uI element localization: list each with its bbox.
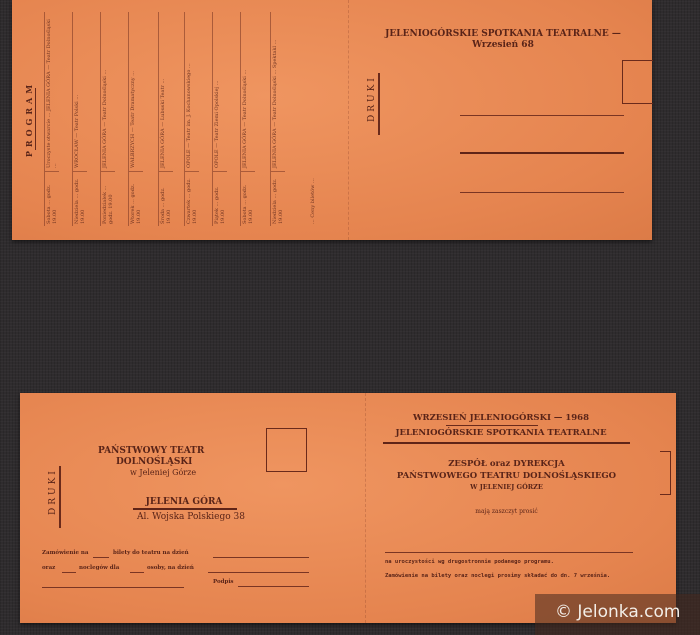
recipient-city: JELENIA GÓRA	[133, 497, 235, 507]
druki-label: DRUKI	[367, 75, 377, 122]
address-line	[460, 152, 624, 154]
watermark: © Jelonka.com	[535, 594, 700, 635]
druki-label: DRUKI	[48, 468, 58, 515]
invitation-from-3: W JELENIEJ GÓRZE	[383, 483, 630, 491]
invitation-text: mają zaszczyt prosić	[383, 508, 630, 515]
tickets-count-field[interactable]	[93, 557, 109, 558]
program-row: Sobota ... godz. 19.00JELENIA GÓRA — Tea…	[240, 12, 255, 226]
program-card: PROGRAM Sobota ... godz. 19.00Uroczyste …	[12, 0, 652, 240]
druki-rule	[378, 73, 380, 135]
program-footnote: ... Ceny biletów ...	[310, 178, 316, 224]
program-row: Sobota ... godz. 19.00Uroczyste otwarcie…	[44, 12, 59, 226]
header-rule	[383, 442, 630, 444]
recipient-line-1: PAŃSTWOWY TEATR	[98, 446, 204, 456]
order-label-and: oraz	[42, 565, 55, 571]
program-row: Niedziela ... godz. 19.00JELENIA GÓRA — …	[270, 12, 285, 226]
occasion-text: na uroczystości wg drugostronnie podaneg…	[385, 559, 554, 565]
invitation-from-1: ZESPÓŁ oraz DYREKCJA	[383, 459, 630, 469]
invitation-header-2: JELENIOGÓRSKIE SPOTKANIA TEATRALNE	[386, 428, 616, 438]
order-label-persons: osoby, na dzień	[147, 565, 194, 571]
program-title-underline	[35, 88, 36, 150]
stamp-box	[266, 428, 307, 472]
address-line	[460, 115, 624, 116]
program-title: PROGRAM	[24, 8, 34, 230]
city-underline	[133, 508, 237, 510]
order-label-lodging: noclegów dla	[79, 565, 119, 571]
persons-count-field[interactable]	[130, 572, 144, 573]
stamp-box	[622, 60, 653, 104]
program-row: Piątek ... godz. 19.00OPOLE — Teatr Ziem…	[212, 12, 227, 226]
invitation-card: DRUKI PAŃSTWOWY TEATR DOLNOŚLĄSKI w Jele…	[20, 393, 676, 623]
signature-field[interactable]	[238, 586, 309, 587]
header-underline	[446, 425, 538, 426]
lodging-date-field[interactable]	[208, 572, 309, 573]
invitee-field[interactable]	[385, 552, 633, 553]
program-row: Czwartek ... godz. 19.00OPOLE — Teatr im…	[184, 12, 199, 226]
program-row: Poniedziałek ... godz. 19.00JELENIA GÓRA…	[100, 12, 115, 226]
perforation-line	[365, 393, 366, 623]
address-line	[460, 192, 624, 193]
lodging-count-field[interactable]	[62, 572, 76, 573]
deadline-text: Zamówienie na bilety oraz noclegi prosim…	[385, 573, 610, 579]
order-label-tickets: Zamówienie na	[42, 550, 88, 556]
order-label-theatre: bilety do teatru na dzień	[113, 550, 189, 556]
recipient-line-3: w Jeleniej Górze	[130, 468, 196, 477]
name-field[interactable]	[42, 587, 184, 588]
perforation-line	[348, 0, 349, 240]
bracket-mark	[660, 451, 671, 495]
recipient-line-2: DOLNOŚLĄSKI	[116, 457, 192, 467]
invitation-from-2: PAŃSTWOWEGO TEATRU DOLNOŚLĄSKIEGO	[383, 471, 630, 481]
top-card-subheading: Wrzesień 68	[360, 40, 646, 50]
invitation-header-1: WRZESIEŃ JELENIOGÓRSKI — 1968	[386, 413, 616, 423]
top-card-heading: JELENIOGÓRSKIE SPOTKANIA TEATRALNE —	[360, 29, 646, 39]
program-block: PROGRAM Sobota ... godz. 19.00Uroczyste …	[20, 8, 320, 230]
program-row: Niedziela ... godz. 19.00WROCŁAW — Teatr…	[72, 12, 87, 226]
program-row: Środa ... godz. 19.00JELENIA GÓRA — Lubu…	[158, 12, 173, 226]
tickets-date-field[interactable]	[213, 557, 309, 558]
signature-label: Podpis	[213, 579, 234, 585]
program-row: Wtorek ... godz. 19.00WAŁBRZYCH — Teatr …	[128, 12, 143, 226]
recipient-street: Al. Wojska Polskiego 38	[137, 512, 245, 522]
watermark-text: © Jelonka.com	[555, 602, 680, 622]
druki-rule	[59, 466, 61, 528]
